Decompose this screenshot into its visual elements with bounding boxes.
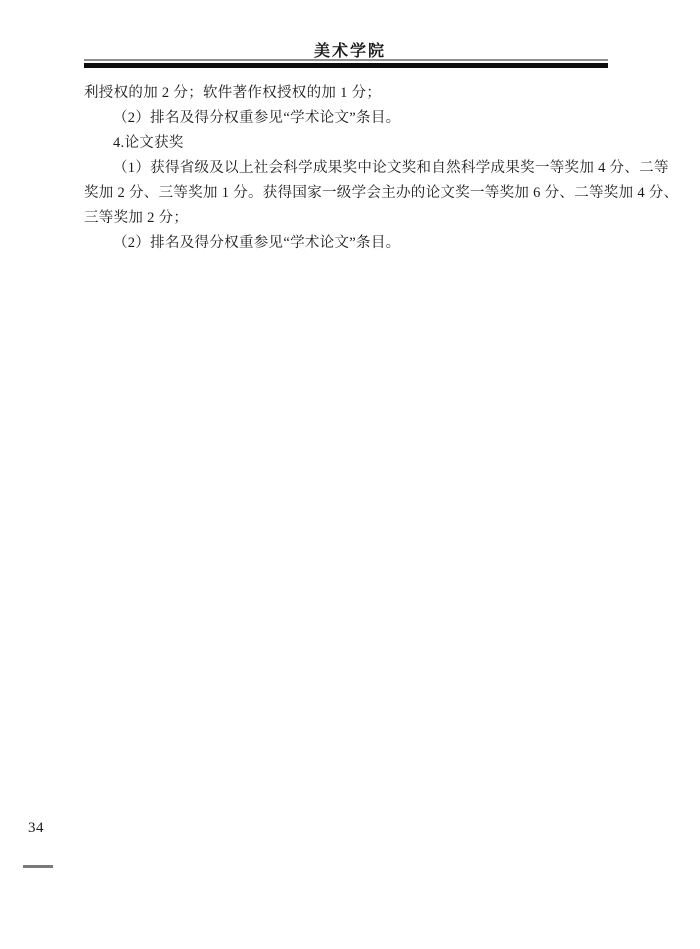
body-line: 4.论文获奖 xyxy=(84,131,614,156)
header-divider xyxy=(84,59,608,68)
body-line: 利授权的加 2 分；软件著作权授权的加 1 分； xyxy=(84,81,614,106)
document-page: 美术学院 利授权的加 2 分；软件著作权授权的加 1 分；（2）排名及得分权重参… xyxy=(0,0,700,949)
body-text: 利授权的加 2 分；软件著作权授权的加 1 分；（2）排名及得分权重参见“学术论… xyxy=(84,81,614,256)
body-line: （2）排名及得分权重参见“学术论文”条目。 xyxy=(84,106,614,131)
footer-rule xyxy=(23,865,53,868)
body-line: （1）获得省级及以上社会科学成果奖中论文奖和自然科学成果奖一等奖加 4 分、二等 xyxy=(84,156,614,181)
page-number: 34 xyxy=(28,820,44,837)
header-divider-thick-rule xyxy=(84,63,608,68)
body-line: （2）排名及得分权重参见“学术论文”条目。 xyxy=(84,231,614,256)
page-header-title: 美术学院 xyxy=(0,38,700,61)
body-line: 奖加 2 分、三等奖加 1 分。获得国家一级学会主办的论文奖一等奖加 6 分、二… xyxy=(84,181,614,206)
body-line: 三等奖加 2 分； xyxy=(84,206,614,231)
header-divider-thin-rule xyxy=(84,59,608,61)
